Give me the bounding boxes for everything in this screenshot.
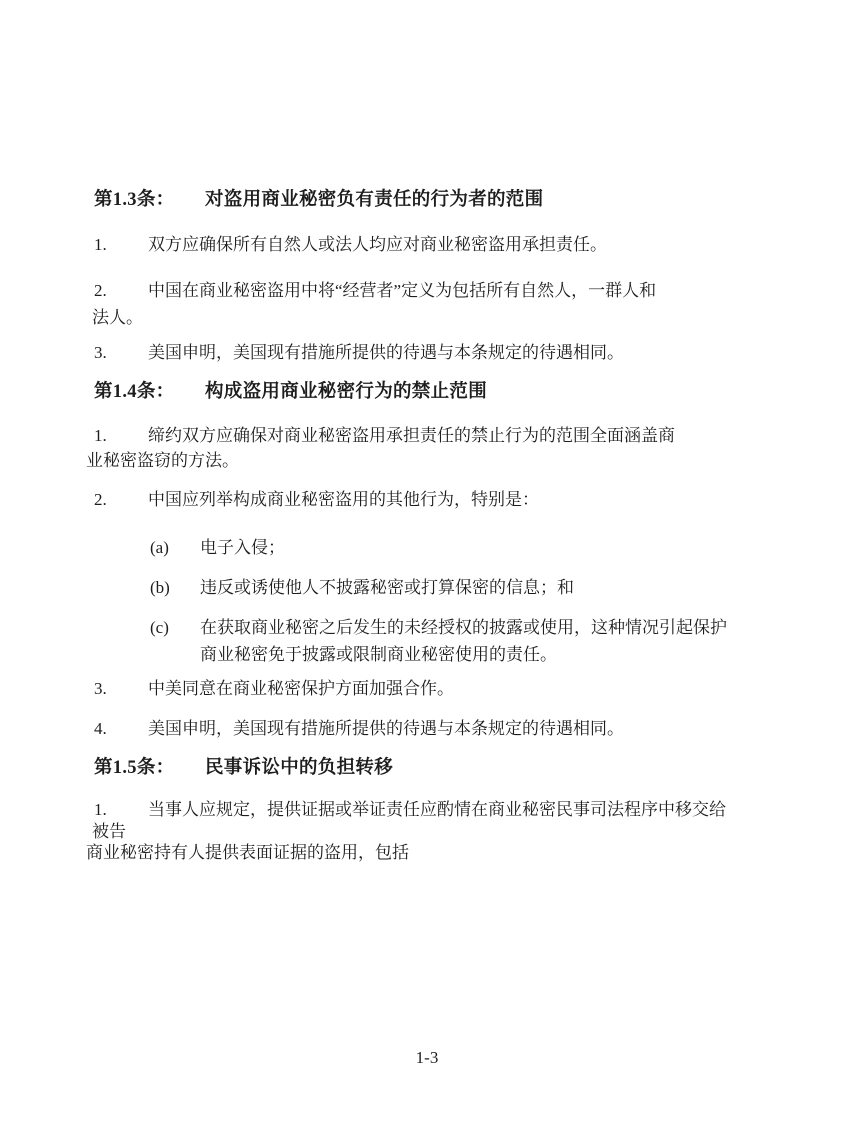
subitem-text: 在获取商业秘密之后发生的未经授权的披露或使用，这种情况引起保护 [200, 617, 727, 639]
paragraph-1-3-1: 1. 双方应确保所有自然人或法人均应对商业秘密盗用承担责任。 [0, 234, 866, 258]
list-letter: (b) [150, 577, 170, 599]
paragraph-text: 中美同意在商业秘密保护方面加强合作。 [148, 678, 454, 700]
list-number: 1. [94, 799, 107, 821]
paragraph-text: 缔约双方应确保对商业秘密盗用承担责任的禁止行为的范围全面涵盖商 [148, 425, 675, 447]
paragraph-1-5-1-line-3: 商业秘密持有人提供表面证据的盗用，包括 [0, 842, 866, 866]
paragraph-text: 美国申明，美国现有措施所提供的待遇与本条规定的待遇相同。 [148, 718, 624, 740]
article-1-5-number: 第1.5条： [94, 757, 174, 779]
paragraph-text: 中国应列举构成商业秘密盗用的其他行为，特别是： [148, 489, 539, 511]
subitem-b: (b) 违反或诱使他人不披露秘密或打算保密的信息；和 [0, 577, 866, 601]
list-number: 3. [94, 342, 107, 364]
page-number: 1-3 [0, 1047, 854, 1069]
article-1-4-number: 第1.4条： [94, 381, 174, 403]
list-number: 3. [94, 678, 107, 700]
paragraph-1-5-1-line-1: 1. 当事人应规定，提供证据或举证责任应酌情在商业秘密民事司法程序中移交给 [0, 799, 866, 823]
subitem-c-line-1: (c) 在获取商业秘密之后发生的未经授权的披露或使用，这种情况引起保护 [0, 617, 866, 641]
paragraph-1-3-2-line-1: 2. 中国在商业秘密盗用中将“经营者”定义为包括所有自然人，一群人和 [0, 280, 866, 304]
list-number: 1. [94, 234, 107, 256]
subitem-a: (a) 电子入侵； [0, 537, 866, 561]
paragraph-text: 双方应确保所有自然人或法人均应对商业秘密盗用承担责任。 [148, 234, 607, 256]
paragraph-text: 业秘密盗窃的方法。 [86, 450, 239, 472]
list-number: 2. [94, 280, 107, 302]
paragraph-text: 美国申明，美国现有措施所提供的待遇与本条规定的待遇相同。 [148, 342, 624, 364]
article-1-4-heading: 第1.4条： 构成盗用商业秘密行为的禁止范围 [0, 381, 866, 405]
article-1-5-heading: 第1.5条： 民事诉讼中的负担转移 [0, 757, 866, 781]
paragraph-text: 商业秘密持有人提供表面证据的盗用，包括 [86, 842, 409, 864]
paragraph-1-3-2-line-2: 法人。 [0, 307, 866, 331]
article-1-4-title: 构成盗用商业秘密行为的禁止范围 [205, 381, 487, 403]
article-1-3-number: 第1.3条： [94, 189, 174, 211]
paragraph-1-3-3: 3. 美国申明，美国现有措施所提供的待遇与本条规定的待遇相同。 [0, 342, 866, 366]
article-1-5-title: 民事诉讼中的负担转移 [205, 757, 393, 779]
list-number: 4. [94, 718, 107, 740]
paragraph-1-4-1-line-1: 1. 缔约双方应确保对商业秘密盗用承担责任的禁止行为的范围全面涵盖商 [0, 425, 866, 449]
list-number: 1. [94, 425, 107, 447]
paragraph-text: 法人。 [92, 307, 143, 329]
paragraph-1-4-1-line-2: 业秘密盗窃的方法。 [0, 450, 866, 474]
article-1-3-title: 对盗用商业秘密负有责任的行为者的范围 [205, 189, 543, 211]
subitem-text: 违反或诱使他人不披露秘密或打算保密的信息；和 [200, 577, 574, 599]
paragraph-1-4-2: 2. 中国应列举构成商业秘密盗用的其他行为，特别是： [0, 489, 866, 513]
paragraph-text: 中国在商业秘密盗用中将“经营者”定义为包括所有自然人，一群人和 [148, 280, 656, 302]
subitem-text: 电子入侵； [200, 537, 285, 559]
paragraph-1-4-3: 3. 中美同意在商业秘密保护方面加强合作。 [0, 678, 866, 702]
document-page: 第1.3条： 对盗用商业秘密负有责任的行为者的范围 1. 双方应确保所有自然人或… [0, 0, 866, 1122]
paragraph-1-4-4: 4. 美国申明，美国现有措施所提供的待遇与本条规定的待遇相同。 [0, 718, 866, 742]
subitem-text: 商业秘密免于披露或限制商业秘密使用的责任。 [200, 644, 557, 666]
subitem-c-line-2: 商业秘密免于披露或限制商业秘密使用的责任。 [0, 644, 866, 668]
article-1-3-heading: 第1.3条： 对盗用商业秘密负有责任的行为者的范围 [0, 189, 866, 213]
paragraph-text: 当事人应规定，提供证据或举证责任应酌情在商业秘密民事司法程序中移交给 [148, 799, 726, 821]
list-letter: (a) [150, 537, 169, 559]
list-number: 2. [94, 489, 107, 511]
list-letter: (c) [150, 617, 169, 639]
paragraph-text: 被告 [92, 821, 126, 843]
